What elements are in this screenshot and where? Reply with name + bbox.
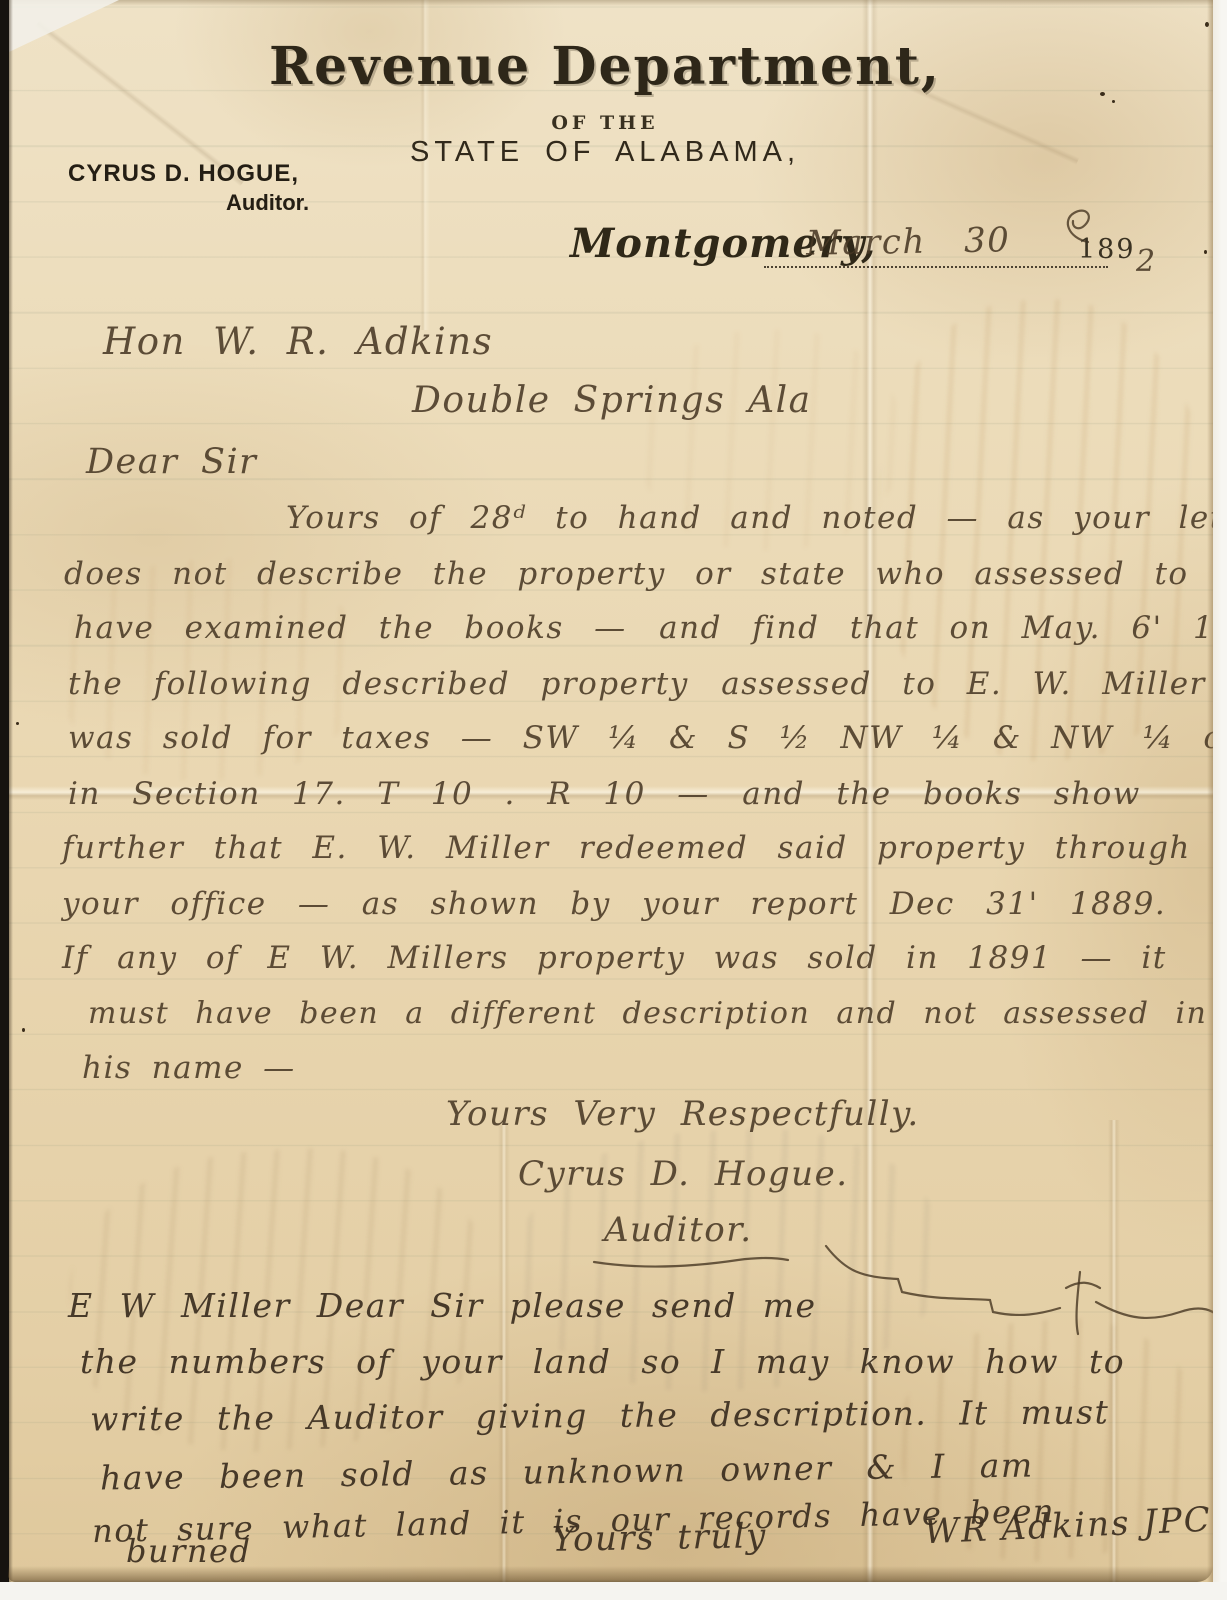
body-line: have examined the books — and find that …	[74, 610, 1227, 646]
letterhead-department-title: Revenue Department,	[0, 36, 1210, 97]
reply-closing: Yours truly	[552, 1516, 767, 1560]
scanned-letter-page: Revenue Department, OF THE STATE OF ALAB…	[0, 0, 1227, 1600]
handwritten-year-digit: 2	[1136, 244, 1157, 279]
closing-line: Yours Very Respectfully.	[446, 1094, 920, 1134]
signature-title: Auditor.	[604, 1210, 753, 1250]
body-line: in Section 17. T 10 . R 10 — and the boo…	[68, 776, 1141, 812]
printed-year-prefix: 189	[1078, 234, 1136, 265]
reply-line: burned	[126, 1532, 251, 1570]
recipient-line: Hon W. R. Adkins	[103, 320, 493, 363]
body-line: If any of E W. Millers property was sold…	[62, 940, 1167, 976]
ink-speck	[16, 722, 19, 725]
body-line: his name —	[82, 1050, 296, 1086]
body-line: must have been a different description a…	[88, 996, 1207, 1031]
paper-top-shadow	[8, 0, 1213, 6]
scan-edge-bottom	[0, 1582, 1227, 1600]
paper-bottom-shadow	[8, 1566, 1213, 1582]
paper-left-shadow	[9, 0, 13, 1600]
letterhead-official-title: Auditor.	[226, 190, 309, 216]
reply-line: E W Miller Dear Sir please send me	[68, 1286, 817, 1325]
signature-hogue: Cyrus D. Hogue.	[518, 1154, 849, 1194]
recipient-address-line: Double Springs Ala	[412, 380, 812, 421]
body-line: does not describe the property or state …	[64, 556, 1227, 592]
body-line: further that E. W. Miller redeemed said …	[62, 830, 1191, 866]
body-line: Yours of 28ᵈ to hand and noted — as your…	[286, 500, 1227, 536]
salutation-line: Dear Sir	[86, 442, 257, 482]
reply-line: write the Auditor giving the description…	[90, 1392, 1110, 1438]
letterhead-official-name: CYRUS D. HOGUE,	[68, 160, 299, 188]
scan-edge-right	[1213, 0, 1227, 1600]
reply-line: the numbers of your land so I may know h…	[80, 1342, 1125, 1381]
ink-speck	[1112, 100, 1115, 103]
body-line: your office — as shown by your report De…	[62, 886, 1166, 922]
handwritten-date: March 30	[806, 220, 1011, 264]
ink-speck	[22, 1028, 25, 1032]
letterhead-of-the: OF THE	[0, 112, 1210, 134]
scan-edge-left	[0, 0, 9, 1600]
body-line: the following described property assesse…	[68, 666, 1206, 702]
ink-speck	[1100, 92, 1105, 96]
body-line: was sold for taxes — SW ¼ & S ½ NW ¼ & N…	[68, 720, 1227, 756]
